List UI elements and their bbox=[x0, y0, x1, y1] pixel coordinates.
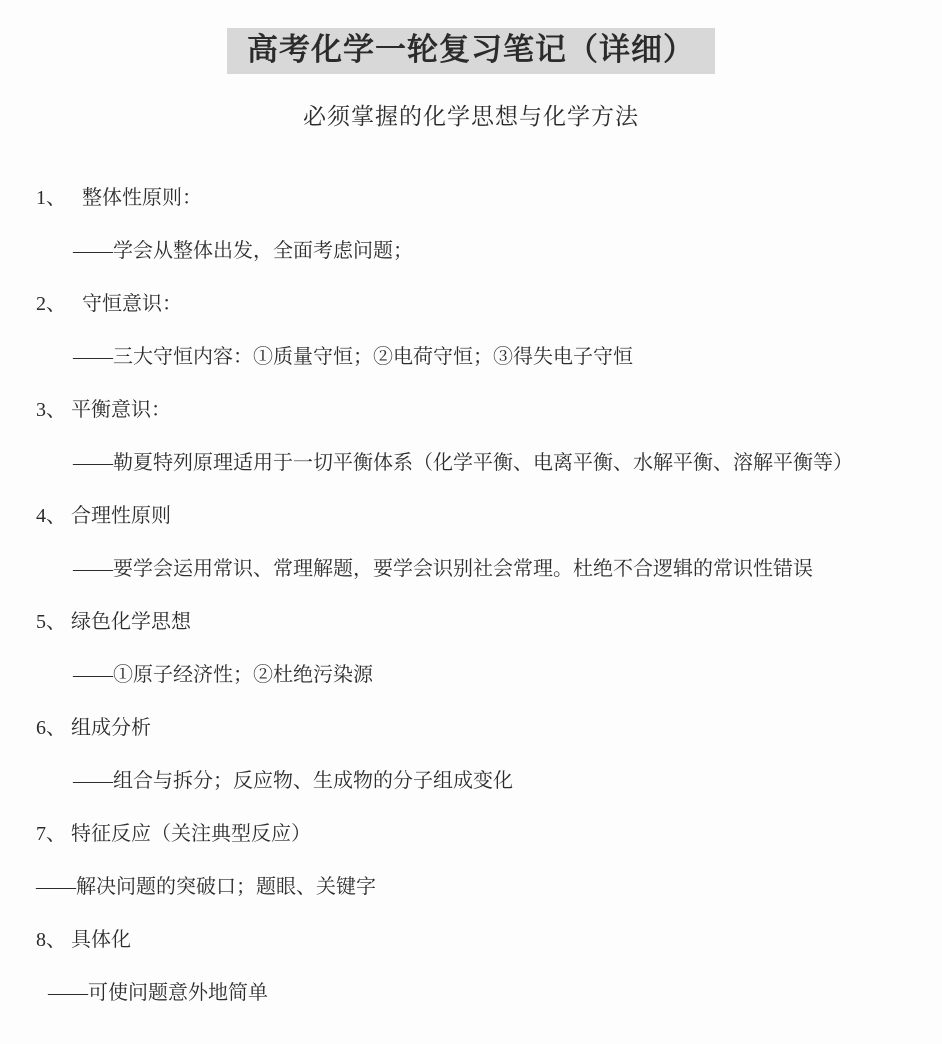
item-heading-row: 5、绿色化学思想 bbox=[36, 610, 906, 635]
item-heading: 平衡意识： bbox=[71, 399, 171, 421]
item-detail: ——①原子经济性；②杜绝污染源 bbox=[36, 663, 906, 688]
item-detail: ——勒夏特列原理适用于一切平衡体系（化学平衡、电离平衡、水解平衡、溶解平衡等） bbox=[36, 451, 906, 476]
item-number: 1、 bbox=[36, 186, 66, 211]
item-heading: 绿色化学思想 bbox=[71, 611, 191, 633]
item-heading-row: 4、合理性原则 bbox=[36, 504, 906, 529]
list-item: 2、守恒意识： ——三大守恒内容：①质量守恒；②电荷守恒；③得失电子守恒 bbox=[36, 292, 906, 370]
item-heading-row: 3、平衡意识： bbox=[36, 398, 906, 423]
list-item: 4、合理性原则 ——要学会运用常识、常理解题，要学会识别社会常理。杜绝不合逻辑的… bbox=[36, 504, 906, 582]
list-item: 7、特征反应（关注典型反应） ——解决问题的突破口；题眼、关键字 bbox=[36, 822, 906, 900]
item-number: 8、 bbox=[36, 928, 66, 953]
item-detail: ——三大守恒内容：①质量守恒；②电荷守恒；③得失电子守恒 bbox=[36, 345, 906, 370]
title-row: 高考化学一轮复习笔记（详细） bbox=[36, 28, 906, 74]
item-number: 5、 bbox=[36, 610, 66, 635]
list-item: 1、整体性原则： ——学会从整体出发，全面考虑问题； bbox=[36, 186, 906, 264]
item-detail: ——要学会运用常识、常理解题，要学会识别社会常理。杜绝不合逻辑的常识性错误 bbox=[36, 557, 906, 582]
item-heading-row: 8、具体化 bbox=[36, 928, 906, 953]
item-heading: 守恒意识： bbox=[82, 293, 182, 315]
page-subtitle: 必须掌握的化学思想与化学方法 bbox=[36, 104, 906, 129]
list-item: 6、组成分析 ——组合与拆分；反应物、生成物的分子组成变化 bbox=[36, 716, 906, 794]
item-heading-row: 6、组成分析 bbox=[36, 716, 906, 741]
item-detail: ——组合与拆分；反应物、生成物的分子组成变化 bbox=[36, 769, 906, 794]
item-number: 7、 bbox=[36, 822, 66, 847]
item-heading-row: 1、整体性原则： bbox=[36, 186, 906, 211]
item-detail: ——可使问题意外地简单 bbox=[36, 981, 906, 1006]
item-heading: 特征反应（关注典型反应） bbox=[71, 823, 311, 845]
item-heading: 整体性原则： bbox=[82, 187, 202, 209]
item-heading-row: 2、守恒意识： bbox=[36, 292, 906, 317]
item-detail: ——解决问题的突破口；题眼、关键字 bbox=[36, 875, 906, 900]
list-item: 8、具体化 ——可使问题意外地简单 bbox=[36, 928, 906, 1006]
document-page: 高考化学一轮复习笔记（详细） 必须掌握的化学思想与化学方法 1、整体性原则： —… bbox=[0, 0, 942, 1044]
item-heading-row: 7、特征反应（关注典型反应） bbox=[36, 822, 906, 847]
item-heading: 合理性原则 bbox=[71, 505, 171, 527]
item-number: 4、 bbox=[36, 504, 66, 529]
item-number: 6、 bbox=[36, 716, 66, 741]
item-number: 3、 bbox=[36, 398, 66, 423]
item-heading: 组成分析 bbox=[71, 717, 151, 739]
item-heading: 具体化 bbox=[71, 929, 131, 951]
page-title: 高考化学一轮复习笔记（详细） bbox=[227, 28, 715, 74]
item-detail: ——学会从整体出发，全面考虑问题； bbox=[36, 239, 906, 264]
list-item: 3、平衡意识： ——勒夏特列原理适用于一切平衡体系（化学平衡、电离平衡、水解平衡… bbox=[36, 398, 906, 476]
item-number: 2、 bbox=[36, 292, 66, 317]
list-item: 5、绿色化学思想 ——①原子经济性；②杜绝污染源 bbox=[36, 610, 906, 688]
